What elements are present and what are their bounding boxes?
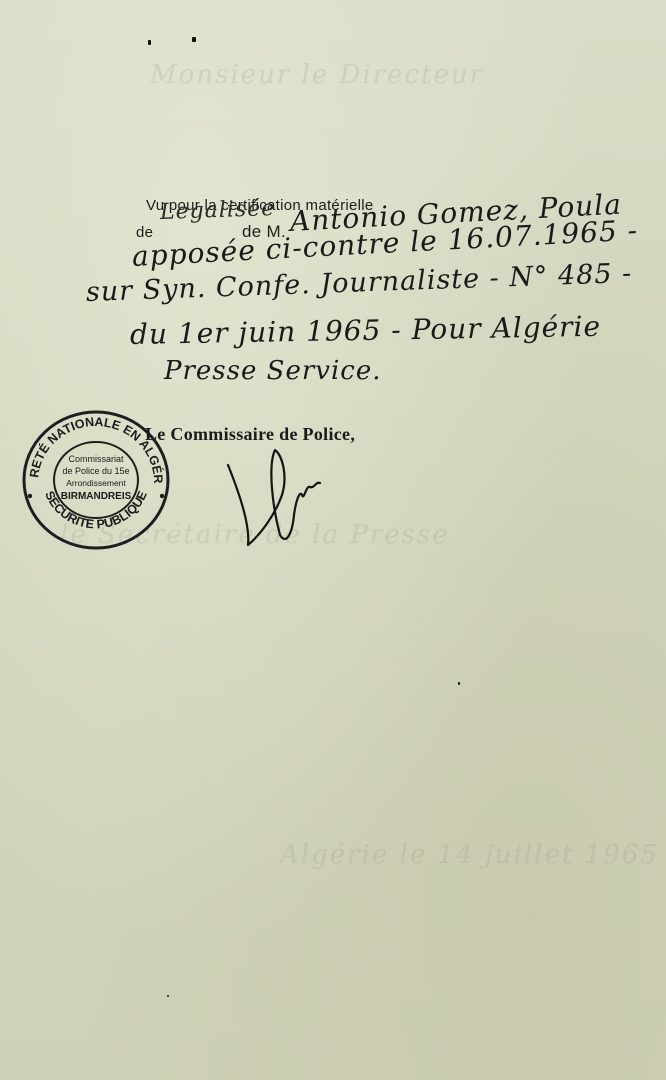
ink-speck [148, 40, 151, 45]
handwritten-line: du 1er juin 1965 - Pour Algérie [130, 310, 602, 351]
signature-title: Le Commissaire de Police, [145, 424, 355, 445]
bleed-through-text: Algérie le 14 juillet 1965 [280, 840, 659, 870]
ink-speck [458, 682, 460, 685]
handwritten-signature [220, 445, 340, 555]
ink-speck [167, 995, 169, 997]
stamp-inner-line: BIRMANDREIS [61, 491, 132, 502]
stamp-inner-line: Commissariat [68, 454, 124, 464]
handwritten-overwrite: Legalisée [160, 196, 276, 225]
document-page: Monsieur le Directeur le Secrétaire de l… [0, 0, 666, 1080]
handwritten-line: Presse Service. [164, 356, 382, 386]
bleed-through-text: Monsieur le Directeur [150, 60, 484, 90]
stamp-inner-line: Arrondissement [66, 478, 126, 488]
stamp-inner-line: de Police du 15e [62, 466, 129, 476]
ink-speck [192, 37, 196, 42]
